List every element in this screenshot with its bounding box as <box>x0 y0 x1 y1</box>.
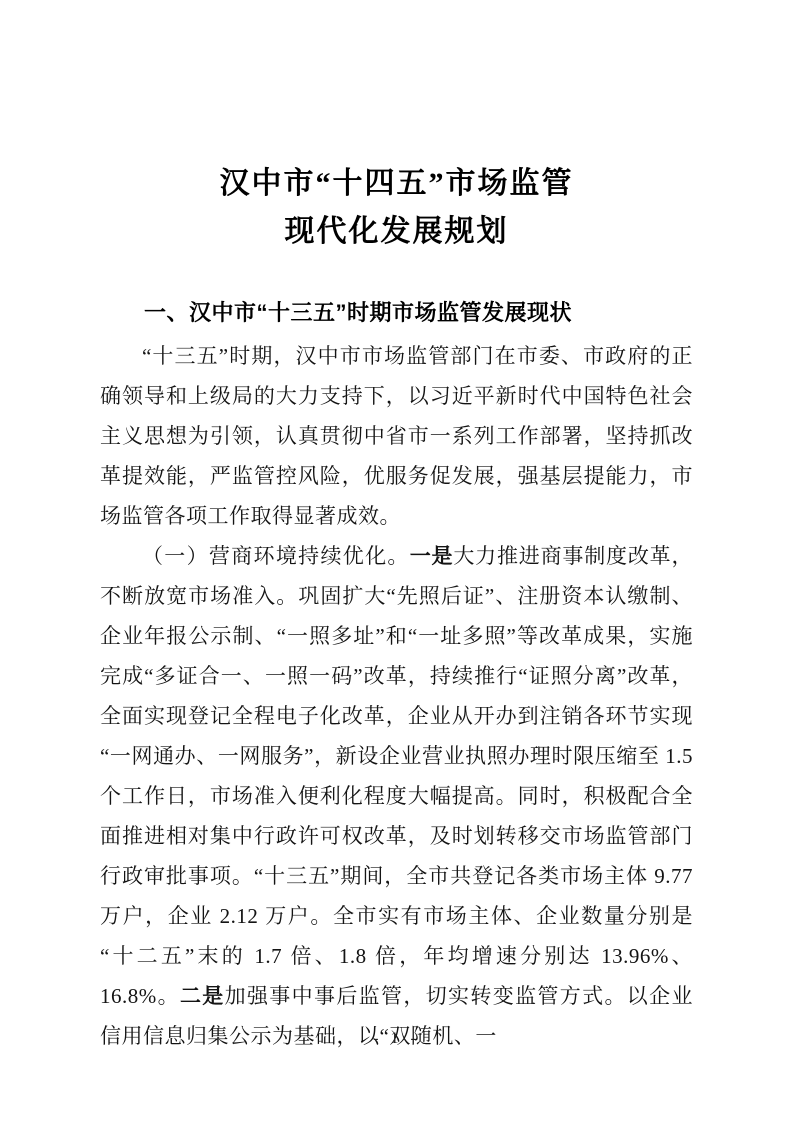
emphasis-first-point: 一是 <box>410 544 454 568</box>
document-page: 汉中市“十四五”市场监管 现代化发展规划 一、汉中市“十三五”时期市场监管发展现… <box>0 0 793 1122</box>
paragraph-overview: “十三五”时期，汉中市市场监管部门在市委、市政府的正确领导和上级局的大力支持下，… <box>100 336 693 536</box>
document-title-line-2: 现代化发展规划 <box>100 208 693 256</box>
paragraph-overview-text: “十三五”时期，汉中市市场监管部门在市委、市政府的正确领导和上级局的大力支持下，… <box>100 344 693 528</box>
page-footer: - 1 - <box>0 1030 793 1048</box>
subsection-lead: （一）营商环境持续优化。 <box>142 544 410 568</box>
section-heading-1: 一、汉中市“十三五”时期市场监管发展现状 <box>100 298 693 328</box>
document-title: 汉中市“十四五”市场监管 现代化发展规划 <box>100 20 693 256</box>
paragraph-business-environment: （一）营商环境持续优化。一是大力推进商事制度改革，不断放宽市场准入。巩固扩大“先… <box>100 536 693 1056</box>
emphasis-second-point: 二是 <box>180 984 225 1008</box>
document-title-line-1: 汉中市“十四五”市场监管 <box>100 160 693 208</box>
page-number: - 1 - <box>373 1030 420 1047</box>
body-run-1: 大力推进商事制度改革，不断放宽市场准入。巩固扩大“先照后证”、注册资本认缴制、企… <box>100 544 693 1008</box>
document-content: 汉中市“十四五”市场监管 现代化发展规划 一、汉中市“十三五”时期市场监管发展现… <box>0 20 793 1056</box>
